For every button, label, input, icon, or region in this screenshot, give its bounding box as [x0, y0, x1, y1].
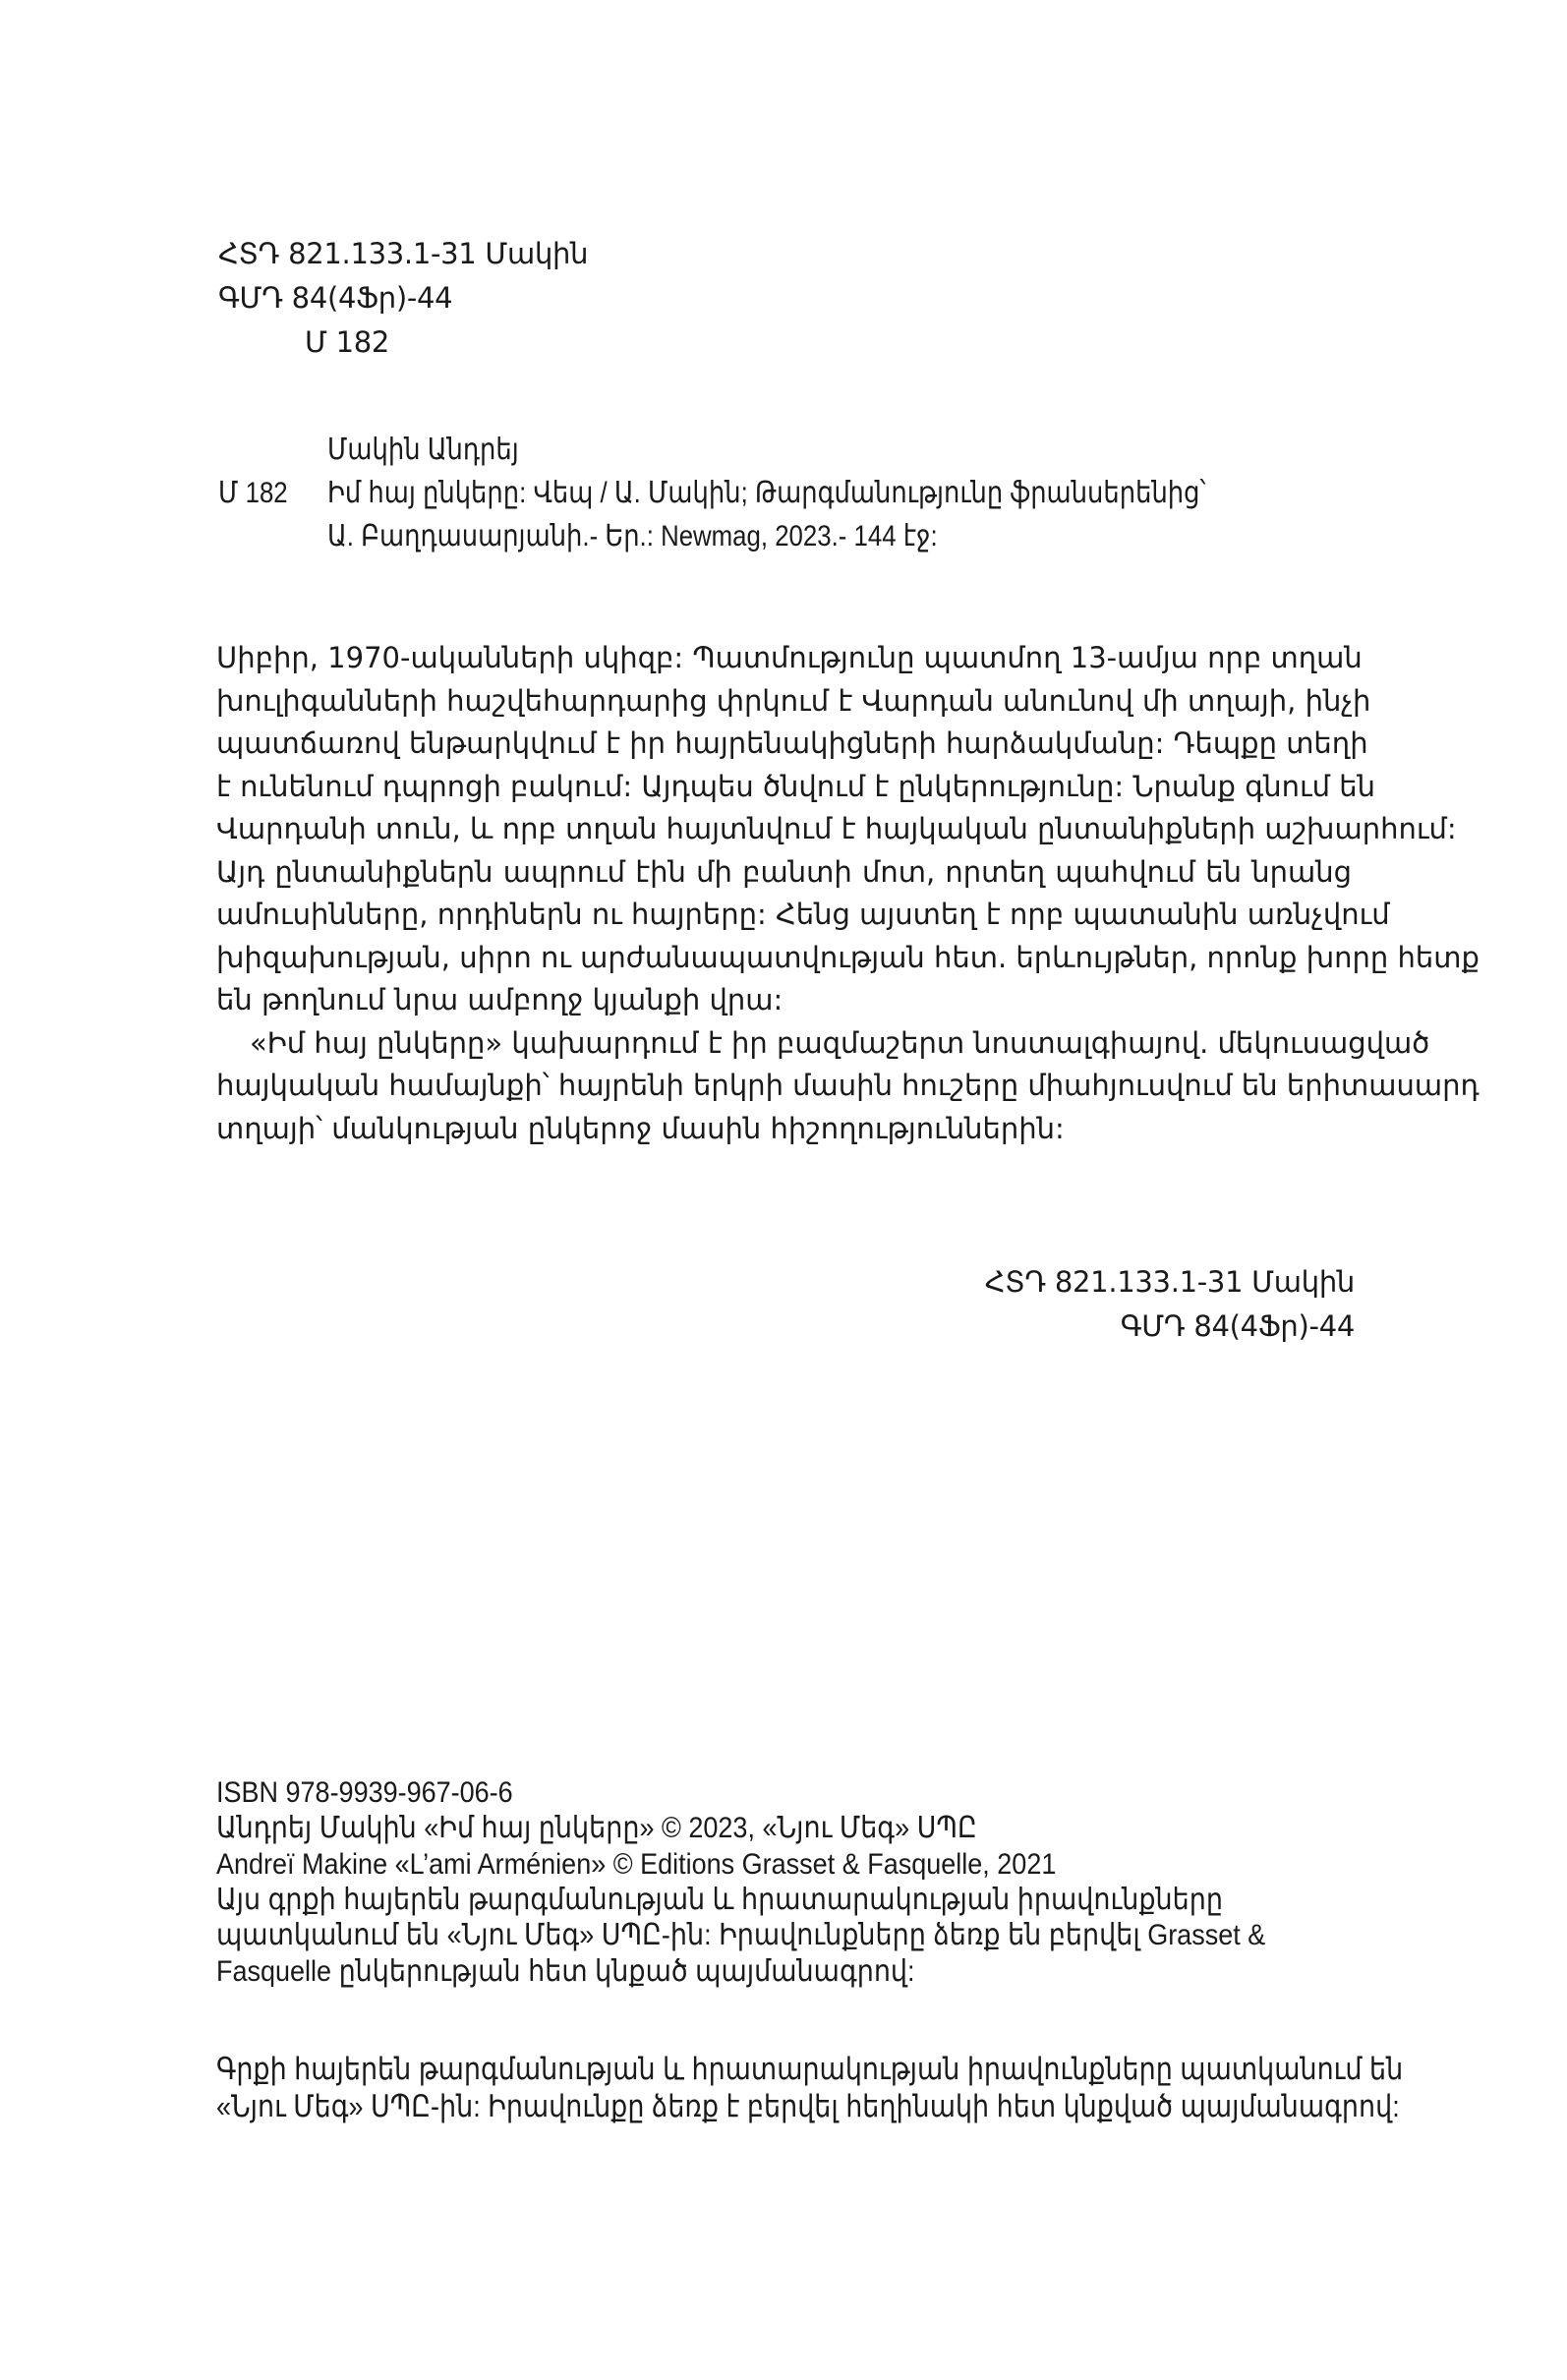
summary-line: են թողնում նրա ամբողջ կյանքի վրա: [216, 979, 1352, 1022]
catalog-mark: Մ 182 [218, 472, 288, 515]
original-copyright: Andreï Makine «L’ami Arménien» © Edition… [216, 1847, 1056, 1884]
catalog-title-line: Իմ հայ ընկերը: Վեպ / Ա. Մակին; Թարգմանու… [327, 472, 1206, 515]
summary-line: Այդ ընտանիքներն ապրում էին մի բանտի մոտ,… [216, 851, 1352, 895]
armenian-copyright: Անդրեյ Մակին «Իմ հայ ընկերը» © 2023, «Նյ… [216, 1811, 977, 1847]
summary-paragraph-2: «Իմ հայ ընկերը» կախարդում է իր բազմաշերտ… [216, 1022, 1352, 1151]
udc-code-bottom: ՀՏԴ 821.133.1-31 Մակին [985, 1260, 1355, 1305]
lbc-code-bottom: ԳՄԴ 84(4Ֆր)-44 [1121, 1305, 1355, 1349]
book-summary: Սիբիր, 1970-ականների սկիզբ: Պատմությունը… [216, 637, 1352, 1150]
author-mark-top: Մ 182 [305, 320, 389, 365]
rights-line: պատկանում են «Նյու Մեգ» ՍՊԸ-ին: Իրավունք… [216, 1918, 1265, 1954]
summary-line: պատճառով ենթարկվում է իր հայրենակիցների … [216, 723, 1352, 766]
isbn: ISBN 978-9939-967-06-6 [216, 1775, 513, 1812]
rights-line: Այս գրքի հայերեն թարգմանության և հրատարա… [216, 1883, 1223, 1919]
summary-line: Վարդանի տուն, և որբ տղան հայտնվում է հայ… [216, 808, 1352, 851]
summary-paragraph-1: Սիբիր, 1970-ականների սկիզբ: Պատմությունը… [216, 637, 1352, 1022]
rights-note-line: Գրքի հայերեն թարգմանության և հրատարակութ… [216, 2051, 1403, 2088]
summary-line: տղայի՝ մանկության ընկերոջ մասին հիշողութ… [216, 1108, 1352, 1151]
catalog-imprint-line: Ա. Բաղդասարյանի.- Եր.: Newmag, 2023.- 14… [327, 515, 938, 558]
rights-note-line: «Նյու Մեգ» ՍՊԸ-ին: Իրավունքը ձեռք է բերվ… [216, 2088, 1400, 2125]
summary-line: է ունենում դպրոցի բակում: Այդպես ծնվում … [216, 766, 1352, 809]
summary-line: խուլիգանների հաշվեհարդարից փրկում է Վարդ… [216, 680, 1352, 724]
summary-line: «Իմ հայ ընկերը» կախարդում է իր բազմաշերտ… [216, 1022, 1352, 1066]
catalog-author: Մակին Անդրեյ [327, 429, 519, 472]
lbc-code-top: ԳՄԴ 84(4Ֆր)-44 [218, 276, 452, 320]
summary-line: Սիբիր, 1970-ականների սկիզբ: Պատմությունը… [216, 637, 1352, 680]
summary-line: ամուսինները, որդիներն ու հայրերը: Հենց ա… [216, 894, 1352, 937]
rights-line: Fasquelle ընկերության հետ կնքած պայմանագ… [216, 1954, 915, 1991]
udc-code-top: ՀՏԴ 821.133.1-31 Մակին [218, 232, 588, 276]
summary-line: հայկական համայնքի՝ հայրենի երկրի մասին հ… [216, 1065, 1352, 1108]
summary-line: խիզախության, սիրո ու արժանապատվության հե… [216, 937, 1352, 980]
